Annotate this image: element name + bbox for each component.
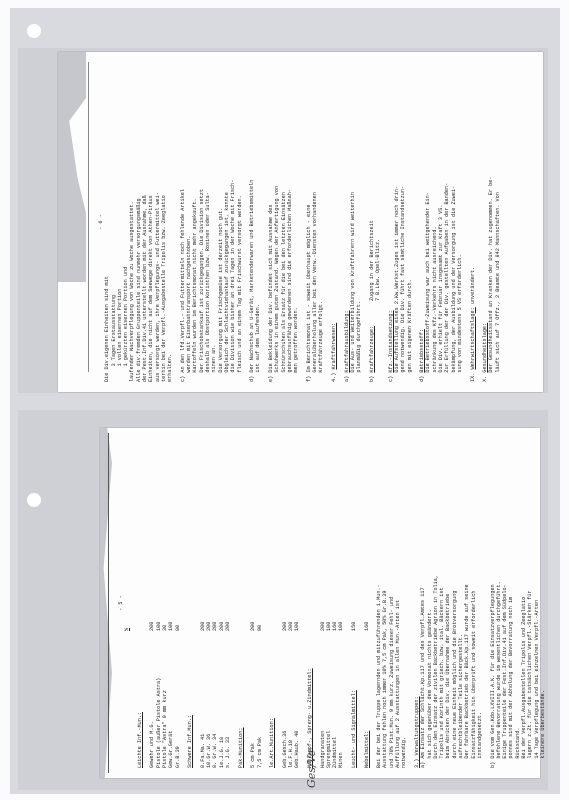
page-edge-line [108,433,109,773]
section-heading: Leucht- und Signalmittel: [351,690,357,768]
page-edge-line [88,62,89,372]
section-heading: Nebelmittel: [364,731,370,768]
punch-hole [27,24,41,38]
section-heading: Kraftfahrzeuge: [369,326,375,373]
section-heading: Betriebsstoff: [419,329,425,373]
document-page-bottom: - 5 - % Leichte Inf.-Mun.: Gewehr und M.… [100,428,540,778]
torn-corner [58,52,86,282]
punch-hole [27,493,41,507]
text-line: läuft sich auf 7 Offz., 2 Beamte und 842… [495,62,501,382]
section-heading: Kraftfahrwesen: [331,323,337,370]
section-heading: Kfz.-Instandsetzung: [388,310,394,372]
section-heading: Kraftfahrausbildung: [344,310,350,372]
page-text-top: - 6 -Die Div.eigenen Einheiten sind mit … [98,62,501,382]
text-line: kleinere Überbestände. [540,438,546,768]
percent-header: % [124,628,130,631]
handwritten-signature: Ges/Ve [305,750,318,788]
section-heading: Gesundheitslage: [482,323,488,373]
document-page-top: - 6 -Die Div.eigenen Einheiten sind mit … [58,52,543,392]
section-heading: Wehrwirtschaftslage: [470,307,476,369]
torn-edge [100,428,112,778]
page-text-bottom: - 5 - % Leichte Inf.-Mun.: Gewehr und M.… [118,438,546,768]
